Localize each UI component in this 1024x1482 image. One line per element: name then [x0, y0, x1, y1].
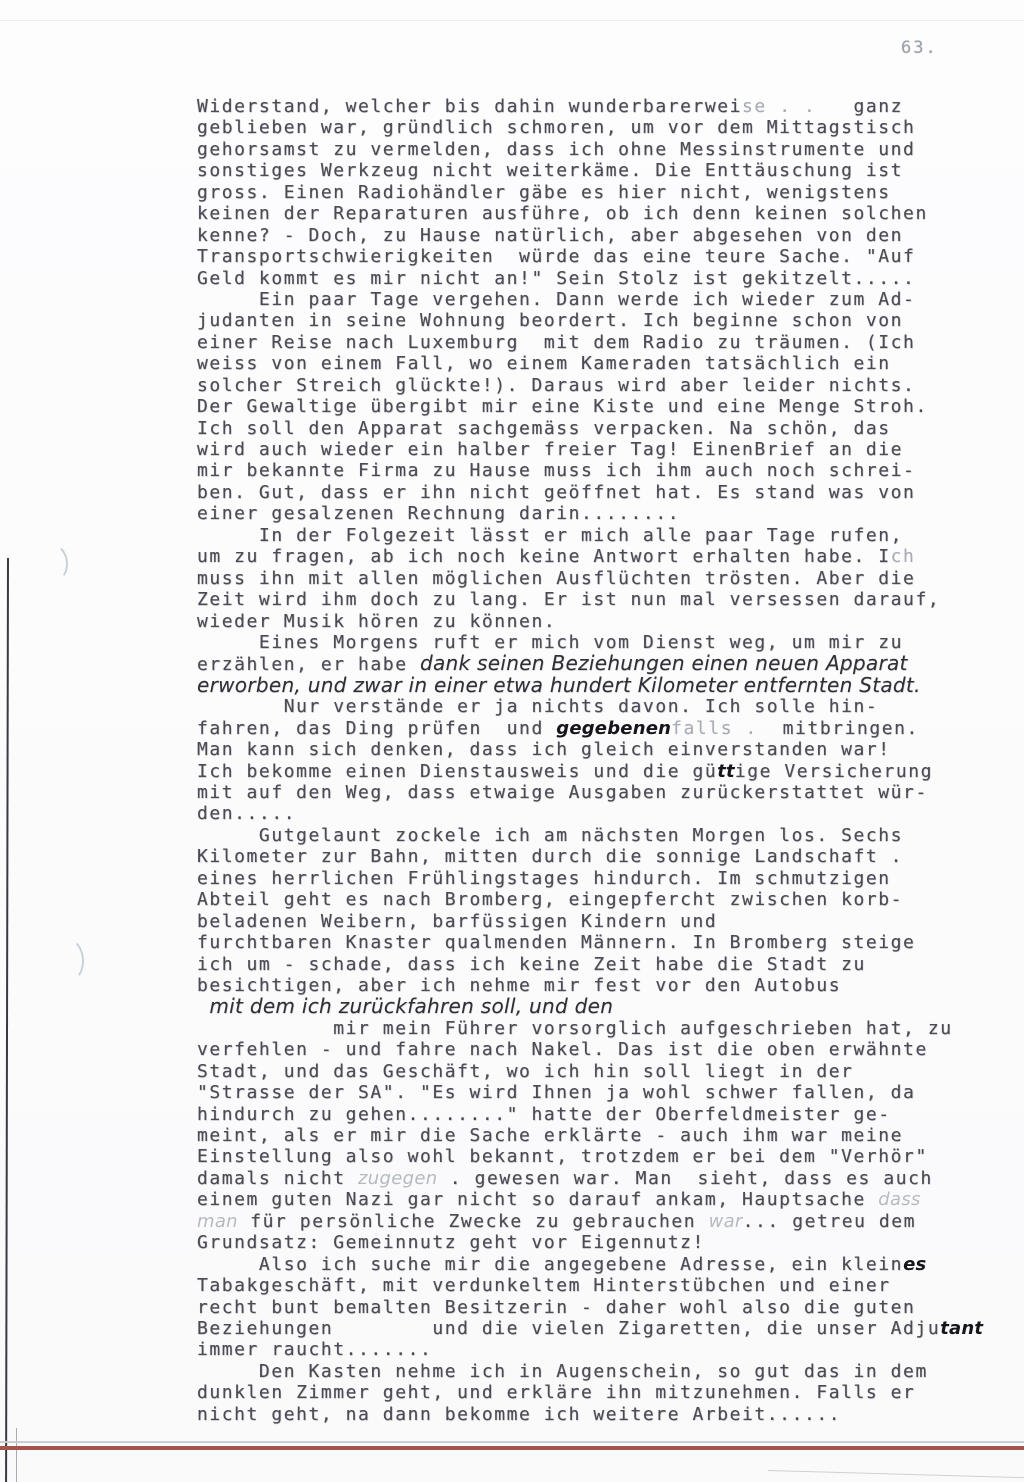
text-line: Man kann sich denken, dass ich gleich ei…: [197, 739, 1009, 760]
text-line: Grundsatz: Gemeinnutz geht vor Eigennutz…: [197, 1232, 1009, 1253]
text-line: furchtbaren Knaster qualmenden Männern. …: [197, 932, 1009, 953]
text-line: einer gesalzenen Rechnung darin........: [197, 503, 1009, 524]
text-line: einer Reise nach Luxemburg mit dem Radio…: [197, 332, 1009, 353]
text-line: ich um - schade, dass ich keine Zeit hab…: [197, 954, 1009, 975]
text-line: kenne? - Doch, zu Hause natürlich, aber …: [197, 225, 1009, 246]
text-line: mir bekannte Firma zu Hause muss ich ihm…: [197, 460, 1009, 481]
text-line: Eines Morgens ruft er mich vom Dienst we…: [197, 632, 1009, 653]
text-line: recht bunt bemalten Besitzerin - daher w…: [197, 1297, 1009, 1318]
document-lines: Widerstand, welcher bis dahin wunderbare…: [197, 96, 1009, 1425]
page-number: 63.: [901, 38, 938, 58]
punch-hole-arc-top: [36, 543, 70, 584]
text-line: Tabakgeschäft, mit verdunkeltem Hinterst…: [197, 1275, 1009, 1296]
text-line: um zu fragen, ab ich noch keine Antwort …: [197, 546, 1009, 567]
text-line: erworben, und zwar in einer etwa hundert…: [197, 675, 1009, 696]
text-line: besichtigen, aber ich nehme mir fest vor…: [197, 975, 1009, 996]
text-line: "Strasse der SA". "Es wird Ihnen ja wohl…: [197, 1082, 1009, 1103]
text-line: beladenen Weibern, barfüssigen Kindern u…: [197, 911, 1009, 932]
text-line: gross. Einen Radiohändler gäbe es hier n…: [197, 182, 1009, 203]
text-line: Den Kasten nehme ich in Augenschein, so …: [197, 1361, 1009, 1382]
text-line: dunklen Zimmer geht, und erkläre ihn mit…: [197, 1382, 1009, 1403]
text-line: ben. Gut, dass er ihn nicht geöffnet hat…: [197, 482, 1009, 503]
bottom-scan-hairline: [0, 1441, 1024, 1443]
text-line: In der Folgezeit lässt er mich alle paar…: [197, 525, 1009, 546]
text-line: judanten in seine Wohnung beordert. Ich …: [197, 310, 1009, 331]
bottom-right-scratch-line: [768, 1470, 1024, 1478]
punch-hole-arc-bottom: [51, 937, 86, 983]
text-line: Widerstand, welcher bis dahin wunderbare…: [197, 96, 1009, 117]
text-line: mir mein Führer vorsorglich aufgeschrieb…: [197, 1018, 1009, 1039]
text-line: weiss von einem Fall, wo einem Kameraden…: [197, 353, 1009, 374]
text-line: geblieben war, gründlich schmoren, um vo…: [197, 117, 1009, 138]
top-scan-hairline: [0, 20, 1024, 21]
text-line: keinen der Reparaturen ausführe, ob ich …: [197, 203, 1009, 224]
text-line: nicht geht, na dann bekomme ich weitere …: [197, 1404, 1009, 1425]
text-line: Beziehungen und die vielen Zigaretten, d…: [197, 1318, 1009, 1339]
text-line: Stadt, und das Geschäft, wo ich hin soll…: [197, 1061, 1009, 1082]
text-line: mit dem ich zurückfahren soll, und den: [197, 996, 1009, 1017]
text-line: Ein paar Tage vergehen. Dann werde ich w…: [197, 289, 1009, 310]
scanned-page: 63. Widerstand, welcher bis dahin wunder…: [0, 0, 1024, 1482]
text-line: eines herrlichen Frühlingstages hindurch…: [197, 868, 1009, 889]
text-line: immer raucht.......: [197, 1339, 1009, 1360]
text-line: Gutgelaunt zockele ich am nächsten Morge…: [197, 825, 1009, 846]
text-line: solcher Streich glückte!). Daraus wird a…: [197, 375, 1009, 396]
text-line: gehorsamst zu vermelden, dass ich ohne M…: [197, 139, 1009, 160]
bottom-red-rule: [0, 1446, 1024, 1450]
text-line: Ich bekomme einen Dienstausweis und die …: [197, 761, 1009, 782]
text-line: damals nicht zugegen . gewesen war. Man …: [197, 1168, 1009, 1189]
text-line: wieder Musik hören zu können.: [197, 611, 1009, 632]
text-line: fahren, das Ding prüfen und gegebenenfal…: [197, 718, 1009, 739]
text-line: Der Gewaltige übergibt mir eine Kiste un…: [197, 396, 1009, 417]
text-line: einem guten Nazi gar nicht so darauf ank…: [197, 1189, 1009, 1210]
text-line: den.....: [197, 803, 1009, 824]
text-line: hindurch zu gehen........" hatte der Obe…: [197, 1104, 1009, 1125]
text-line: mit auf den Weg, dass etwaige Ausgaben z…: [197, 782, 1009, 803]
text-line: Kilometer zur Bahn, mitten durch die son…: [197, 846, 1009, 867]
text-line: Abteil geht es nach Bromberg, eingepferc…: [197, 889, 1009, 910]
text-line: erzählen, er habe dank seinen Beziehunge…: [197, 653, 1009, 674]
text-line: wird auch wieder ein halber freier Tag! …: [197, 439, 1009, 460]
text-line: Geld kommt es mir nicht an!" Sein Stolz …: [197, 268, 1009, 289]
text-line: meint, als er mir die Sache erklärte - a…: [197, 1125, 1009, 1146]
left-margin-line-secondary: [16, 1428, 17, 1482]
text-line: sonstiges Werkzeug nicht weiterkäme. Die…: [197, 160, 1009, 181]
left-margin-line: [5, 558, 9, 1482]
text-line: Nur verstände er ja nichts davon. Ich so…: [197, 696, 1009, 717]
text-line: Zeit wird ihm doch zu lang. Er ist nun m…: [197, 589, 1009, 610]
text-line: muss ihn mit allen möglichen Ausflüchten…: [197, 568, 1009, 589]
text-line: man für persönliche Zwecke zu gebrauchen…: [197, 1211, 1009, 1232]
text-line: Einstellung also wohl bekannt, trotzdem …: [197, 1146, 1009, 1167]
text-line: Transportschwierigkeiten würde das eine …: [197, 246, 1009, 267]
text-line: Also ich suche mir die angegebene Adress…: [197, 1254, 1009, 1275]
text-line: Ich soll den Apparat sachgemäss verpacke…: [197, 418, 1009, 439]
text-line: verfehlen - und fahre nach Nakel. Das is…: [197, 1039, 1009, 1060]
